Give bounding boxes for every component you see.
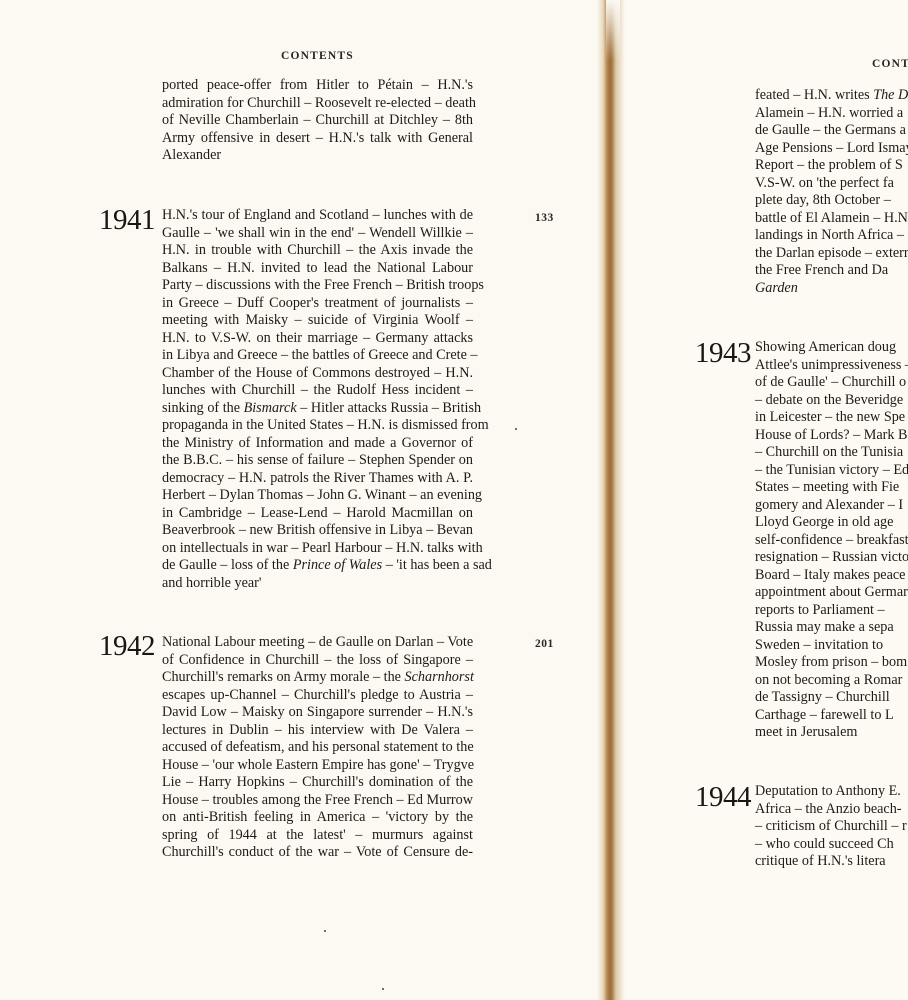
text-line: in Libya and Greece – the battles of Gre… (162, 347, 473, 365)
text-line: of Confidence in Churchill – the loss of… (162, 652, 473, 670)
text-line: appointment about Germar (755, 584, 908, 602)
text-line: Alexander (162, 147, 221, 165)
text-line: Lie – Harry Hopkins – Churchill's domina… (162, 774, 473, 792)
book-gutter-shadow (597, 0, 627, 1000)
text-line: propaganda in the United States – H.N. i… (162, 417, 473, 435)
text-line: of Neville Chamberlain – Churchill at Di… (162, 112, 473, 130)
text-line: on not becoming a Romar (755, 672, 902, 690)
text-line: of de Gaulle' – Churchill o (755, 374, 906, 392)
text-line: the Free French and Da (755, 262, 888, 280)
page-number-1942[interactable]: 201 (535, 638, 554, 650)
text-line: spring of 1944 at the latest' – murmurs … (162, 827, 473, 845)
text-line: Army offensive in desert – H.N.'s talk w… (162, 130, 473, 148)
text-line: – debate on the Beveridge (755, 392, 903, 410)
text-line: National Labour meeting – de Gaulle on D… (162, 634, 473, 652)
text-line: Chamber of the House of Commons destroye… (162, 365, 473, 383)
text-line: Board – Italy makes peace (755, 567, 905, 585)
page-number-1941[interactable]: 133 (535, 212, 554, 224)
paper-speck (515, 428, 517, 430)
text-line: and horrible year' (162, 575, 261, 593)
text-line: accused of defeatism, and his personal s… (162, 739, 473, 757)
text-line: critique of H.N.'s litera (755, 853, 886, 871)
text-line: the Ministry of Information and made a G… (162, 435, 473, 453)
text-line: States – meeting with Fie (755, 479, 899, 497)
text-line: House of Lords? – Mark B (755, 427, 908, 445)
text-line: Herbert – Dylan Thomas – John G. Winant … (162, 487, 473, 505)
text-line: – who could succeed Ch (755, 836, 894, 854)
text-line: Gaulle – 'we shall win in the end' – Wen… (162, 225, 473, 243)
text-line: – the Tunisian victory – Ed (755, 462, 908, 480)
text-line: – criticism of Churchill – r (755, 818, 907, 836)
text-line: Russia may make a sepa (755, 619, 894, 637)
text-line: Africa – the Anzio beach- (755, 801, 902, 819)
text-line: H.N. in trouble with Churchill – the Axi… (162, 242, 473, 260)
text-line: on intellectuals in war – Pearl Harbour … (162, 540, 473, 558)
text-line: House – 'our whole Eastern Empire has go… (162, 757, 473, 775)
running-head-left: CONTENTS (281, 50, 354, 62)
text-line: de Gaulle – the Germans a (755, 122, 906, 140)
text-line: Garden (755, 280, 798, 298)
text-line: Churchill's conduct of the war – Vote of… (162, 844, 473, 862)
text-line: Party – discussions with the Free French… (162, 277, 473, 295)
text-line: reports to Parliament – (755, 602, 885, 620)
text-line: landings in North Africa – (755, 227, 904, 245)
text-line: plete day, 8th October – (755, 192, 891, 210)
year-heading-1944: 1944 (695, 783, 751, 812)
text-line: the Darlan episode – exterr (755, 245, 908, 263)
left-page: CONTENTS ported peace-offer from Hitler … (0, 0, 612, 1000)
text-line: in Leicester – the new Spe (755, 409, 905, 427)
text-line: – Churchill on the Tunisia (755, 444, 903, 462)
text-line: H.N.'s tour of England and Scotland – lu… (162, 207, 473, 225)
text-line: Beaverbrook – new British offensive in L… (162, 522, 473, 540)
text-line: Carthage – farewell to L (755, 707, 894, 725)
year-heading-1941: 1941 (99, 206, 155, 235)
text-line: lunches with Churchill – the Rudolf Hess… (162, 382, 473, 400)
paper-speck (382, 988, 384, 990)
text-line: Showing American doug (755, 339, 896, 357)
text-line: on anti-British feeling in America – 'vi… (162, 809, 473, 827)
book-gutter-highlight (606, 0, 620, 60)
text-line: feated – H.N. writes The D (755, 87, 908, 105)
text-line: in Greece – Duff Cooper's treatment of j… (162, 295, 473, 313)
right-page: CONT feated – H.N. writes The D Alamein … (612, 0, 908, 1000)
text-line: de Tassigny – Churchill (755, 689, 890, 707)
text-line: the B.B.C. – his sense of failure – Step… (162, 452, 473, 470)
paper-speck (324, 930, 326, 932)
text-line: Sweden – invitation to (755, 637, 883, 655)
text-line: David Low – Maisky on Singapore surrende… (162, 704, 473, 722)
text-line: admiration for Churchill – Roosevelt re-… (162, 95, 473, 113)
text-line: Attlee's unimpressiveness – (755, 357, 908, 375)
text-line: sinking of the Bismarck – Hitler attacks… (162, 400, 473, 418)
year-heading-1943: 1943 (695, 339, 751, 368)
text-line: self-confidence – breakfast (755, 532, 908, 550)
text-line: Deputation to Anthony E. (755, 783, 901, 801)
text-line: Report – the problem of S (755, 157, 903, 175)
text-line: gomery and Alexander – I (755, 497, 903, 515)
text-line: Lloyd George in old age (755, 514, 893, 532)
text-line: meet in Jerusalem (755, 724, 857, 742)
text-line: de Gaulle – loss of the Prince of Wales … (162, 557, 473, 575)
text-line: meeting with Maisky – suicide of Virgini… (162, 312, 473, 330)
text-line: H.N. to V.S-W. on their marriage – Germa… (162, 330, 473, 348)
text-line: House – troubles among the Free French –… (162, 792, 473, 810)
text-line: Alamein – H.N. worried a (755, 105, 903, 123)
text-line: Balkans – H.N. invited to lead the Natio… (162, 260, 473, 278)
text-line: ported peace-offer from Hitler to Pétain… (162, 77, 473, 95)
text-line: Age Pensions – Lord Ismay (755, 140, 908, 158)
text-line: battle of El Alamein – H.N (755, 210, 908, 228)
text-line: V.S-W. on 'the perfect fa (755, 175, 894, 193)
year-heading-1942: 1942 (99, 632, 155, 661)
text-line: lectures in Dublin – his interview with … (162, 722, 473, 740)
text-line: democracy – H.N. patrols the River Thame… (162, 470, 473, 488)
text-line: Mosley from prison – bom (755, 654, 907, 672)
text-line: in Cambridge – Lease-Lend – Harold Macmi… (162, 505, 473, 523)
text-line: escapes up-Channel – Churchill's pledge … (162, 687, 473, 705)
text-line: resignation – Russian victo (755, 549, 908, 567)
text-line: Churchill's remarks on Army morale – the… (162, 669, 473, 687)
running-head-right: CONT (872, 58, 908, 70)
